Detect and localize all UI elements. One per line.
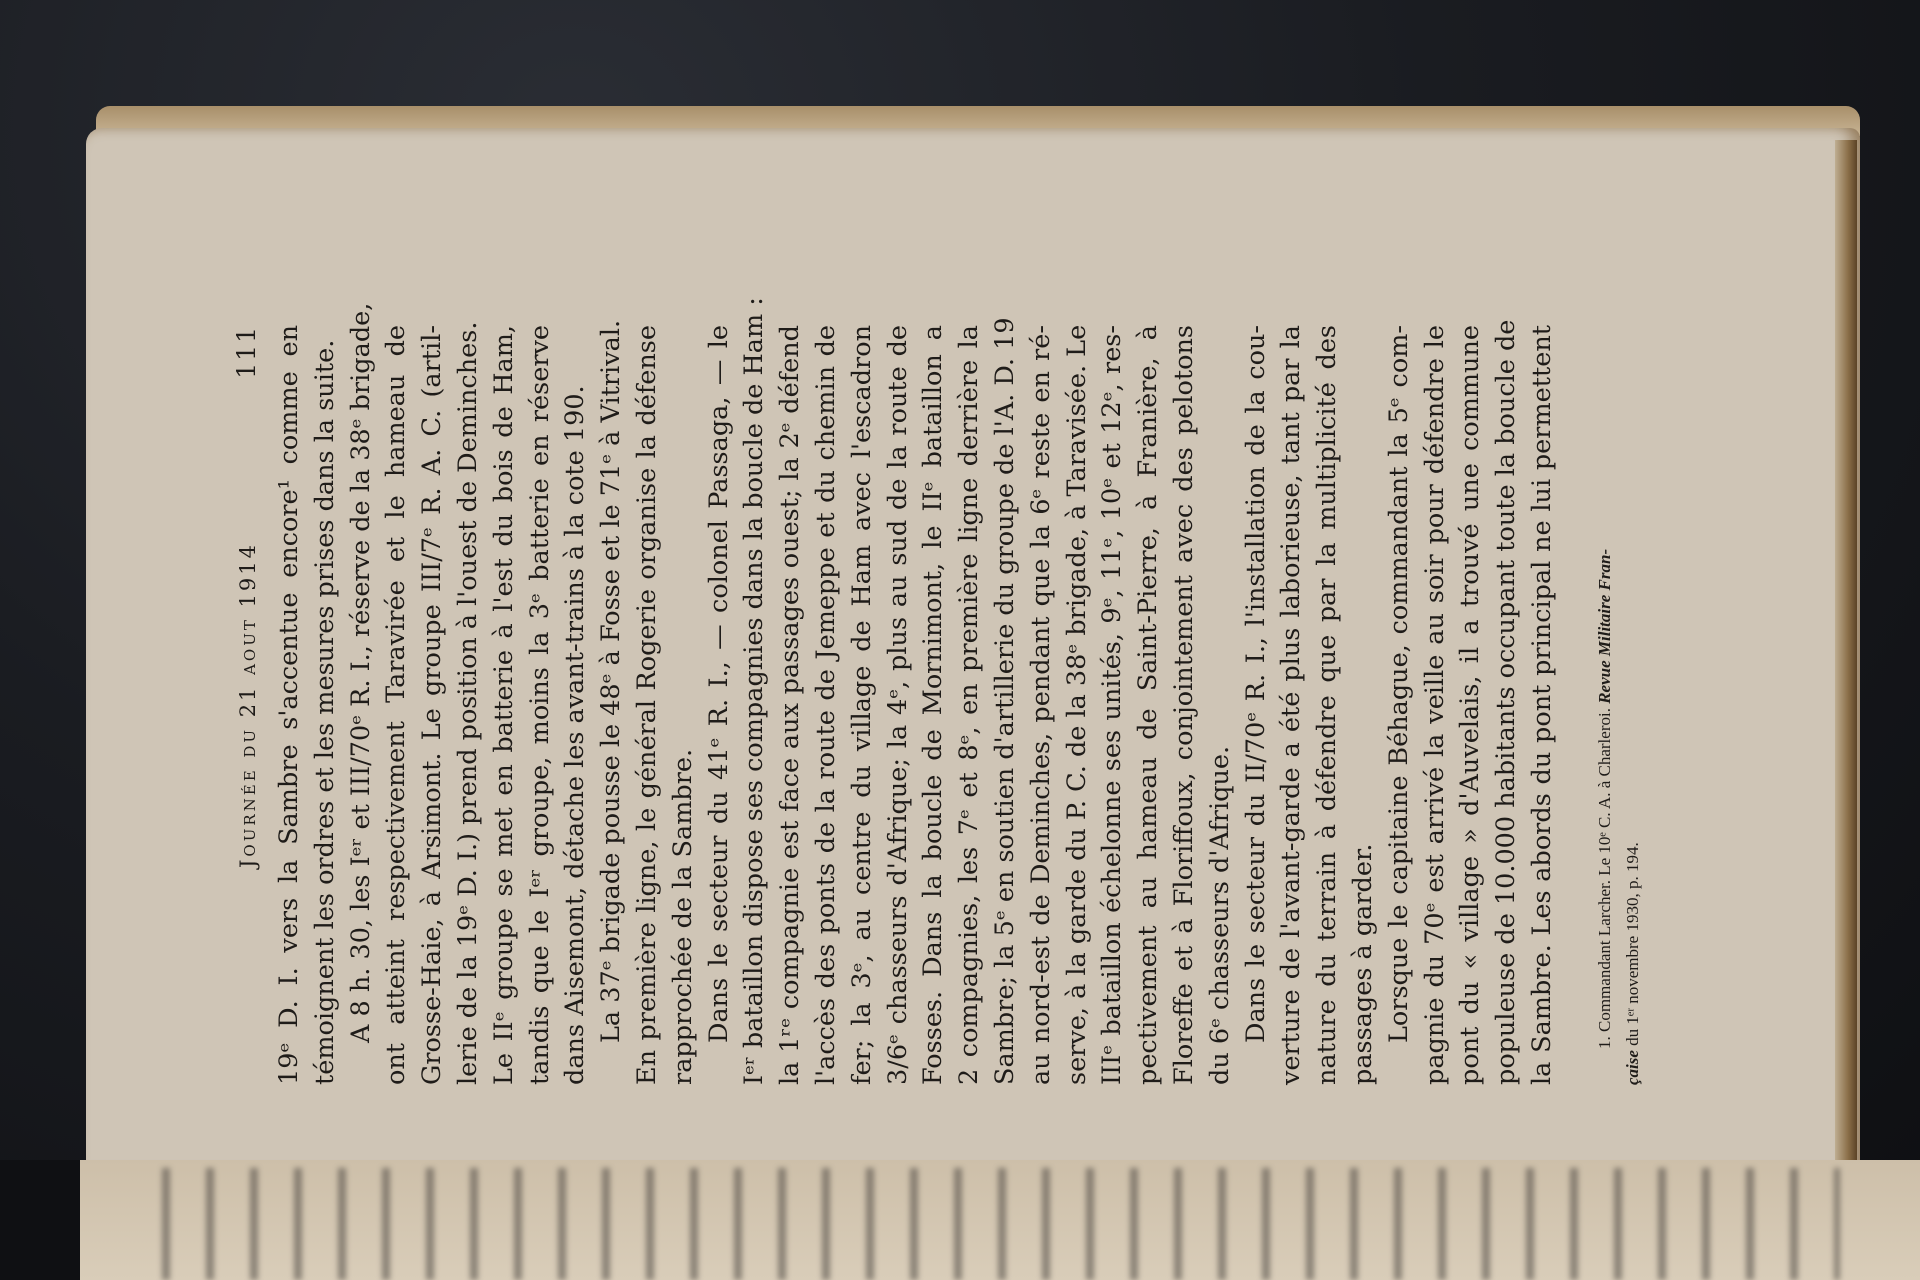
text-line: Fosses. Dans la boucle de Mornimont, le … [916,325,952,1085]
text-line: Floreffe et à Floriffoux, conjointement … [1167,325,1203,1085]
running-head: Journée du 21 aout 1914 111 [228,325,272,1085]
text-line: 19ᵉ D. I. vers la Sambre s'accentue enco… [272,325,308,1085]
text-line: Grosse-Haie, à Arsimont. Le groupe III/7… [415,325,451,1085]
text-line: pont du « village » d'Auvelais, il a tro… [1453,325,1489,1085]
text-line: 3/6ᵉ chasseurs d'Afrique; la 4ᵉ, plus au… [881,325,917,1085]
text-line: la 1ʳᵉ compagnie est face aux passages o… [773,325,809,1085]
footnotes: 1. Commandant Larcher. Le 10ᵉ C. A. à Ch… [1591,325,1647,1085]
text-line: En première ligne, le général Rogerie or… [630,325,666,1085]
body-text: 19ᵉ D. I. vers la Sambre s'accentue enco… [272,325,1561,1085]
text-line: passages à garder. [1346,325,1382,1085]
text-line: Sambre; la 5ᵉ en soutien d'artillerie du… [988,325,1024,1085]
text-line: du 6ᵉ chasseurs d'Afrique. [1203,325,1239,1085]
text-line: lerie de la 19ᵉ D. I.) prend position à … [451,325,487,1085]
page-number: 111 [232,325,261,379]
text-line: serve, à la garde du P. C. de la 38ᵉ bri… [1060,325,1096,1085]
text-line: rapprochée de la Sambre. [666,325,702,1085]
text-line: témoignent les ordres et les mesures pri… [308,325,344,1085]
running-head-title: Journée du 21 aout 1914 [236,325,260,1085]
text-line: tandis que le Iᵉʳ groupe, moins la 3ᵉ ba… [523,325,559,1085]
text-line: verture de l'avant-garde a été plus labo… [1274,325,1310,1085]
text-line: Lorsque le capitaine Béhague, commandant… [1382,325,1418,1085]
text-line: dans Aisemont, détache les avant-trains … [558,325,594,1085]
text-line: fer; la 3ᵉ, au centre du village de Ham … [845,325,881,1085]
text-line: A 8 h. 30, les Iᵉʳ et III/70ᵉ R. I., rés… [344,325,380,1085]
text-line: nature du terrain à défendre que par la … [1310,325,1346,1085]
text-line: pectivement au hameau de Saint-Pierre, à… [1131,325,1167,1085]
page-fore-edge [1835,140,1857,1170]
text-line: Le IIᵉ groupe se met en batterie à l'est… [487,325,523,1085]
text-line: Dans le secteur du II/70ᵉ R. I., l'insta… [1239,325,1275,1085]
lower-book-blurred-text [140,1168,1840,1280]
text-line: la Sambre. Les abords du pont principal … [1525,325,1561,1085]
footnote-1: 1. Commandant Larcher. Le 10ᵉ C. A. à Ch… [1591,325,1619,1085]
page-text-block: Journée du 21 aout 1914 111 19ᵉ D. I. ve… [228,325,1608,1085]
text-line: Dans le secteur du 41ᵉ R. I., — colonel … [702,325,738,1085]
text-line: 2 compagnies, les 7ᵉ et 8ᵉ, en première … [952,325,988,1085]
text-line: populeuse de 10.000 habitants occupant t… [1489,325,1525,1085]
text-line: ont atteint respectivement Taravirée et … [379,325,415,1085]
text-line: l'accès des ponts de la route de Jemeppe… [809,325,845,1085]
text-line: pagnie du 70ᵉ est arrivé la veille au so… [1418,325,1454,1085]
text-line: Iᵉʳ bataillon dispose ses compagnies dan… [737,325,773,1085]
footnote-1-continued: çaise du 1ᵉʳ novembre 1930, p. 194. [1619,325,1647,1085]
lower-book-cover [0,1160,80,1280]
text-line: La 37ᵉ brigade pousse le 48ᵉ à Fosse et … [594,325,630,1085]
text-line: au nord-est de Deminches, pendant que la… [1024,325,1060,1085]
text-line: IIIᵉ bataillon échelonne ses unités, 9ᵉ,… [1095,325,1131,1085]
